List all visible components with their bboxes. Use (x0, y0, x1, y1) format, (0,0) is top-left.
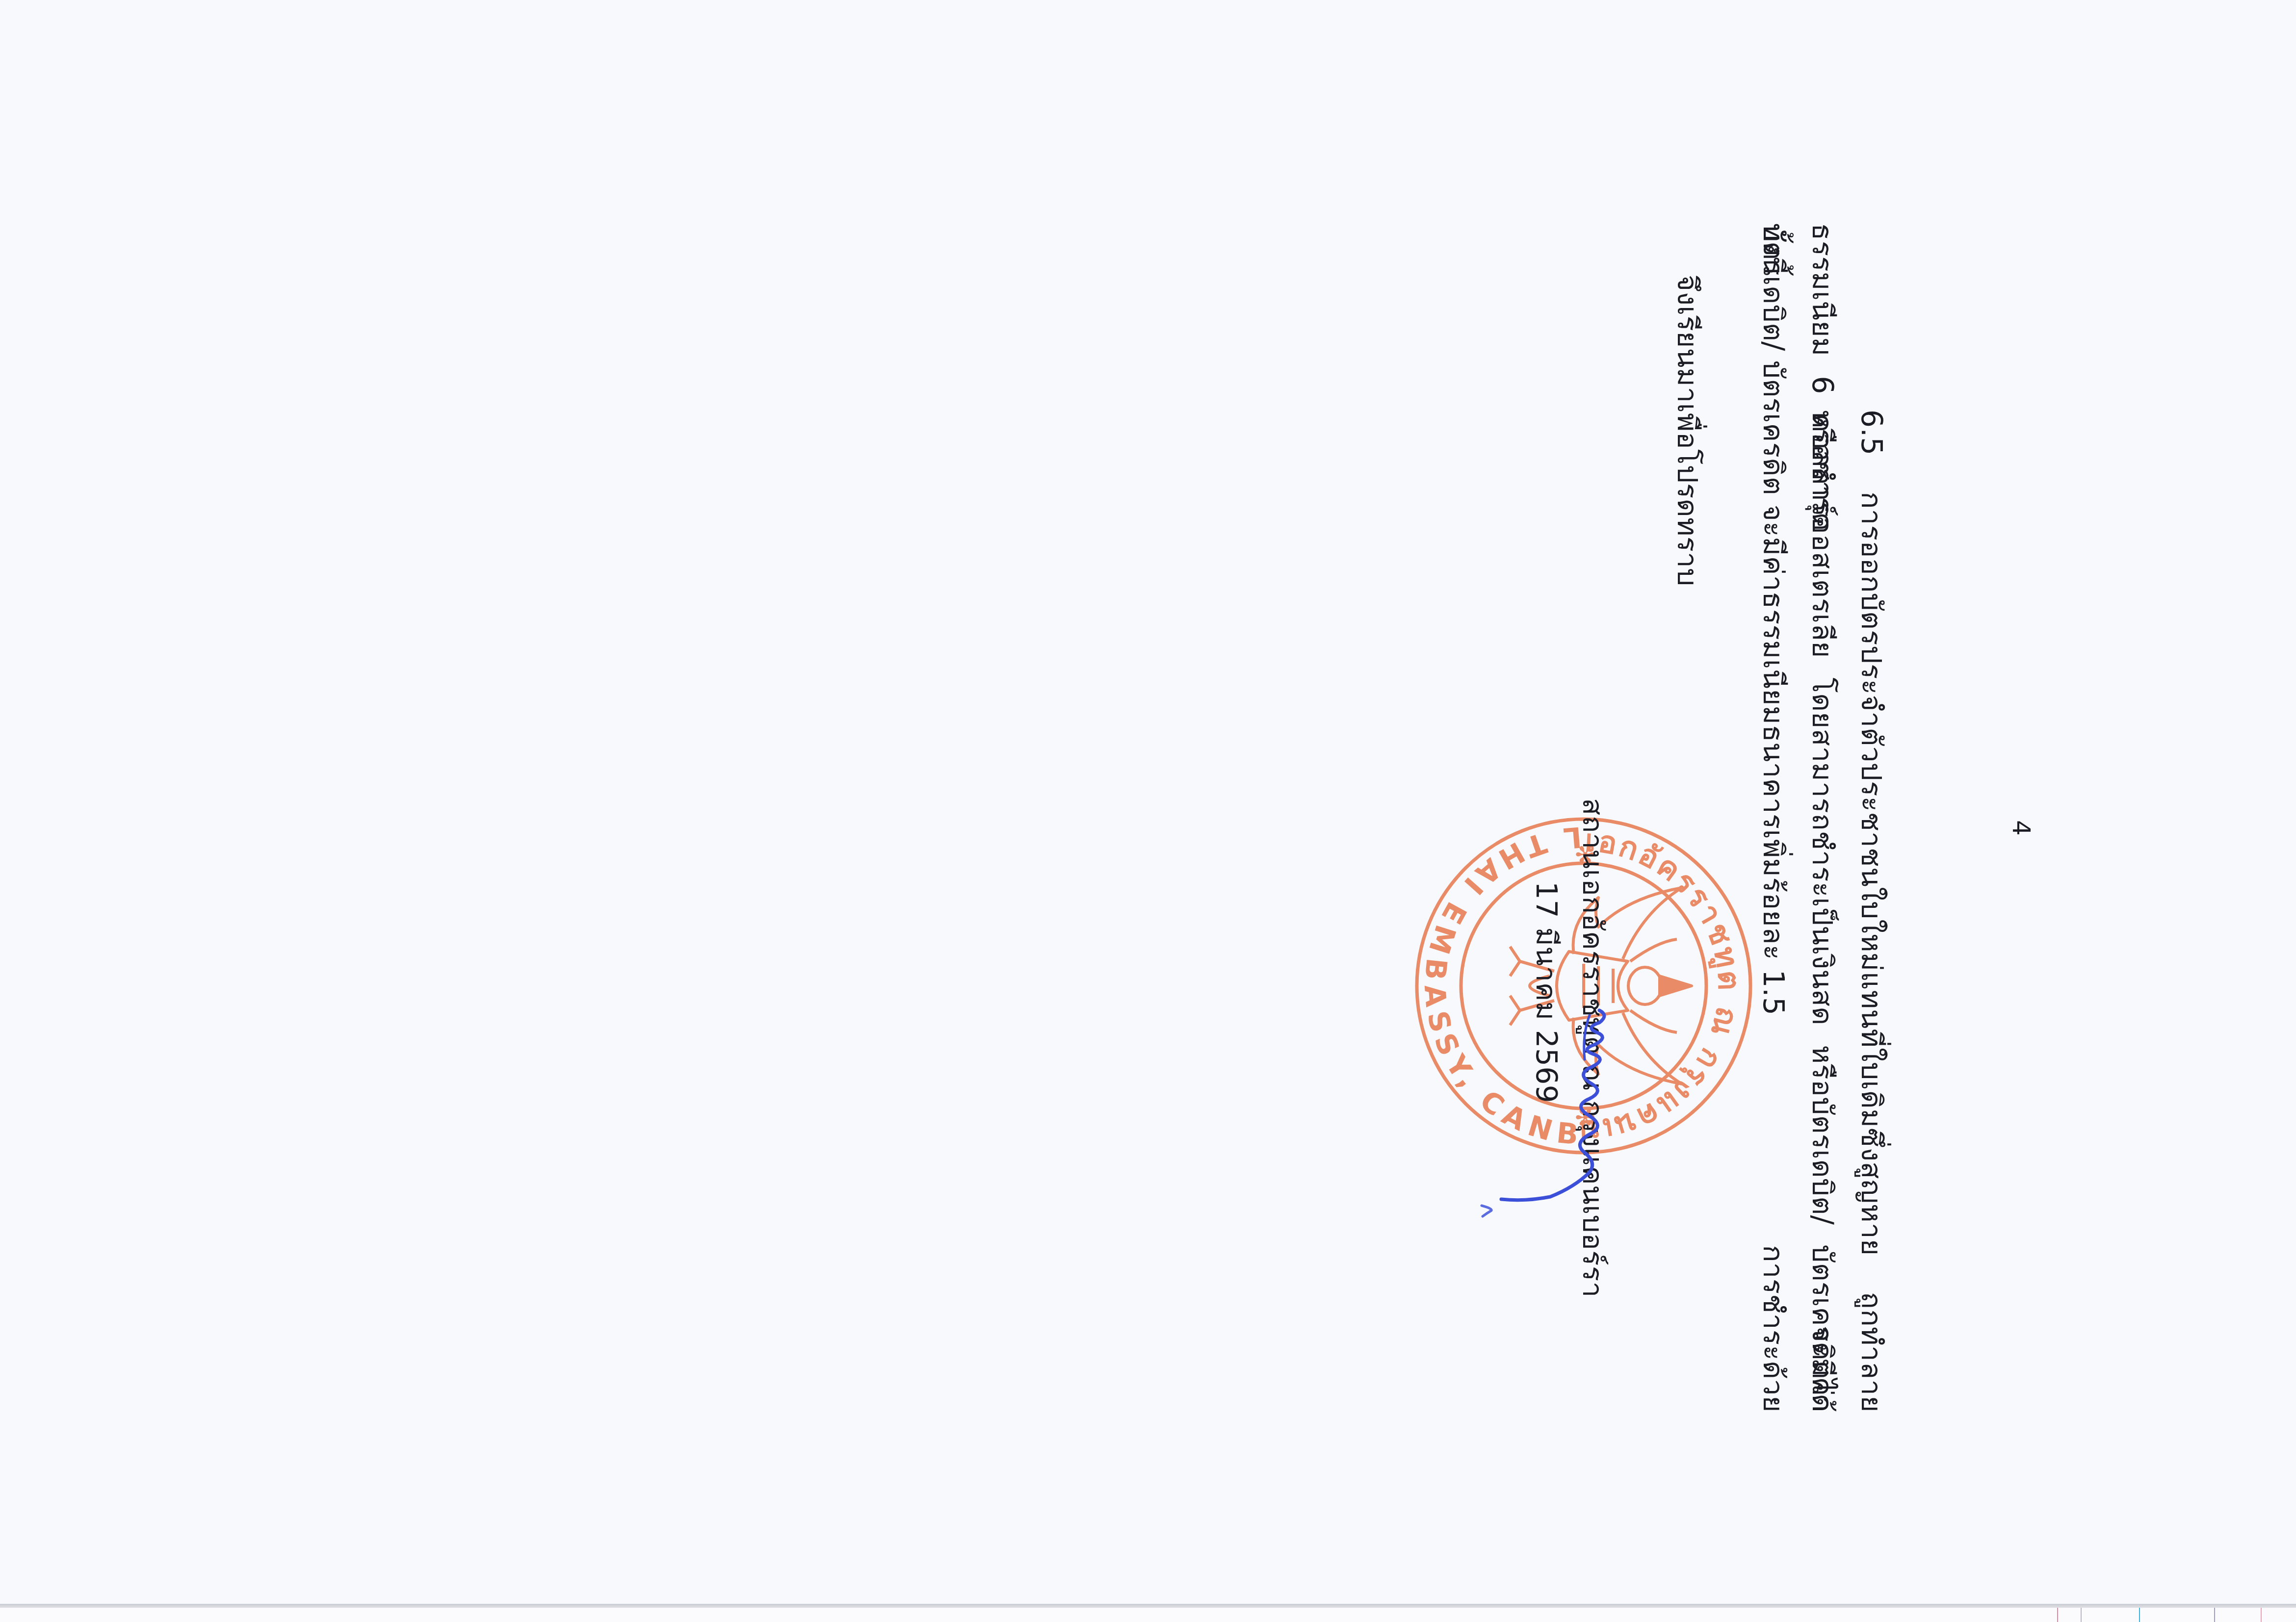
scan-tick-mark (2139, 1608, 2140, 1622)
paragraph-line-2: ธรรมเนียม 6 ดอลลาร์ออสเตรเลีย โดยสามารถช… (1798, 223, 1847, 1413)
pen-mark (1477, 1202, 1496, 1221)
scan-margin (0, 1608, 2296, 1622)
page-number: 4 (1997, 820, 2046, 836)
scan-tick-mark (2214, 1608, 2215, 1622)
scan-tick-mark (2261, 1608, 2262, 1622)
scan-tick-mark (2057, 1608, 2058, 1622)
document-page: 4 6.5 การออกบัตรประจำตัวประชาชนใบใหม่แทน… (0, 0, 2296, 1622)
handwritten-signature (1491, 1005, 1619, 1211)
scan-tick-mark (2081, 1608, 2082, 1622)
closing-line: จึงเรียนมาเพื่อโปรดทราบ (1663, 275, 1712, 587)
paragraph-line-1: 6.5 การออกบัตรประจำตัวประชาชนใบใหม่แทนที… (1847, 410, 1896, 1413)
paragraph-line-3: บัตรเดบิต/ บัตรเครดิต จะมีค่าธรรมเนียมธน… (1749, 223, 1798, 1400)
scan-edge-line (0, 1604, 2296, 1608)
